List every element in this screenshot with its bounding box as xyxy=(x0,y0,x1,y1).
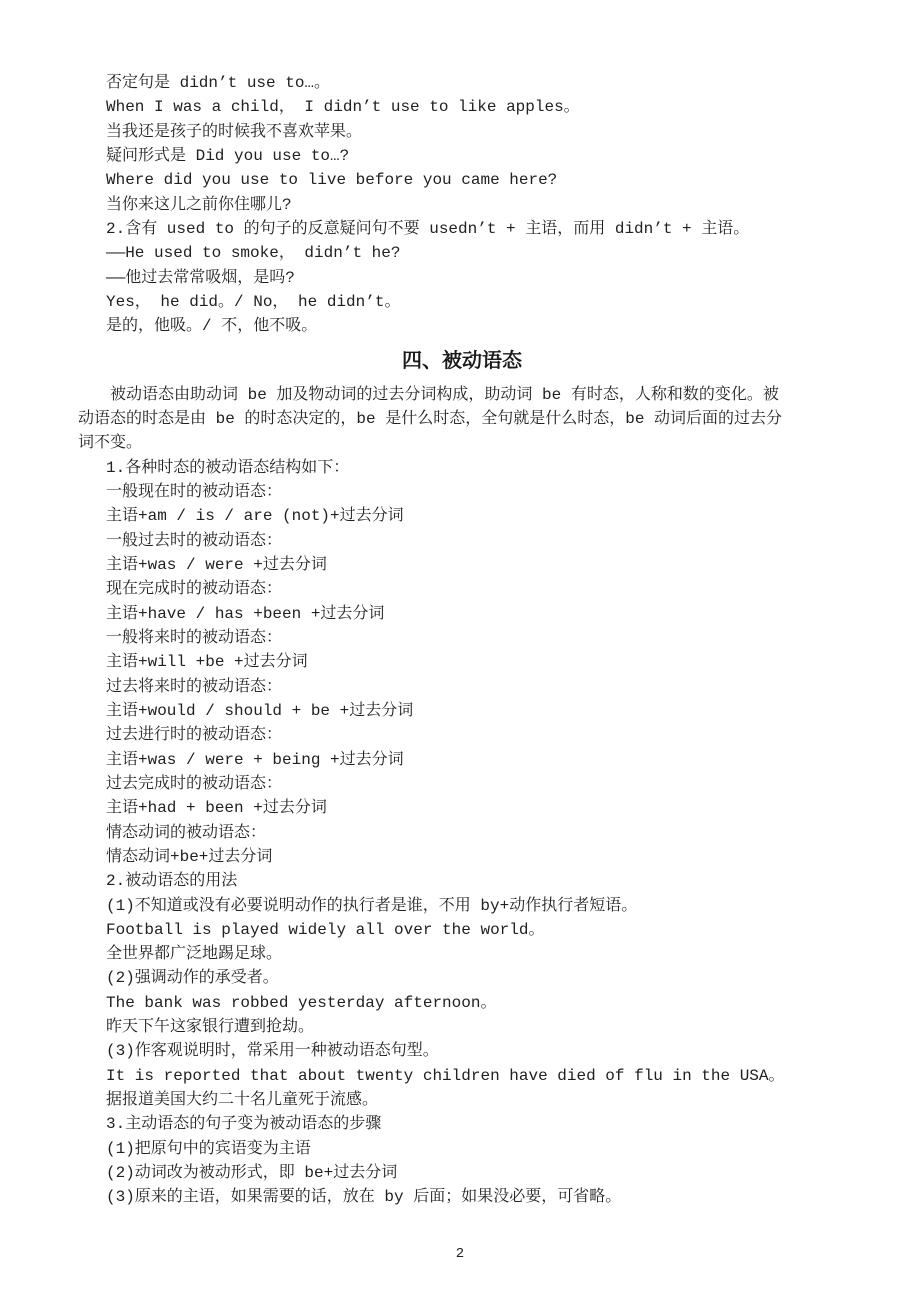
doc-line: 主语+would / should + be +过去分词 xyxy=(78,699,846,723)
doc-line: (2)动词改为被动形式，即 be+过去分词 xyxy=(78,1161,846,1185)
doc-line: Where did you use to live before you cam… xyxy=(78,168,846,192)
doc-line: 过去进行时的被动语态： xyxy=(78,723,846,747)
doc-line: 一般将来时的被动语态： xyxy=(78,626,846,650)
doc-line: 情态动词的被动语态： xyxy=(78,821,846,845)
doc-line: 疑问形式是 Did you use to…? xyxy=(78,144,846,168)
doc-line: (3)作客观说明时，常采用一种被动语态句型。 xyxy=(78,1039,846,1063)
doc-line: 主语+am / is / are (not)+过去分词 xyxy=(78,504,846,528)
doc-line: 过去将来时的被动语态： xyxy=(78,675,846,699)
doc-line: 主语+will +be +过去分词 xyxy=(78,650,846,674)
doc-line: (1)不知道或没有必要说明动作的执行者是谁，不用 by+动作执行者短语。 xyxy=(78,894,846,918)
doc-line: (2)强调动作的承受者。 xyxy=(78,966,846,990)
doc-line: ——He used to smoke， didn’t he? xyxy=(78,241,846,265)
doc-line: 全世界都广泛地踢足球。 xyxy=(78,942,846,966)
doc-line: It is reported that about twenty childre… xyxy=(78,1064,846,1088)
doc-line: (1)把原句中的宾语变为主语 xyxy=(78,1137,846,1161)
section-heading-passive-voice: 四、被动语态 xyxy=(78,349,846,376)
doc-line: 词不变。 xyxy=(78,431,846,455)
doc-line: 1.各种时态的被动语态结构如下： xyxy=(78,456,846,480)
doc-line: 一般过去时的被动语态： xyxy=(78,529,846,553)
doc-line: 情态动词+be+过去分词 xyxy=(78,845,846,869)
doc-line: Yes， he did。/ No， he didn’t。 xyxy=(78,290,846,314)
doc-line: When I was a child， I didn’t use to like… xyxy=(78,95,846,119)
doc-line: 3.主动语态的句子变为被动语态的步骤 xyxy=(78,1112,846,1136)
doc-line: 否定句是 didn’t use to…。 xyxy=(78,71,846,95)
doc-line: 主语+was / were + being +过去分词 xyxy=(78,748,846,772)
doc-line: 现在完成时的被动语态： xyxy=(78,577,846,601)
doc-line: 动语态的时态是由 be 的时态决定的，be 是什么时态，全句就是什么时态，be … xyxy=(78,407,846,431)
doc-line: (3)原来的主语，如果需要的话，放在 by 后面；如果没必要，可省略。 xyxy=(78,1185,846,1209)
doc-line: The bank was robbed yesterday afternoon。 xyxy=(78,991,846,1015)
doc-line: 主语+was / were +过去分词 xyxy=(78,553,846,577)
document-page-content: 否定句是 didn’t use to…。 When I was a child，… xyxy=(78,71,846,1210)
doc-line: 当我还是孩子的时候我不喜欢苹果。 xyxy=(78,120,846,144)
doc-line: Football is played widely all over the w… xyxy=(78,918,846,942)
doc-line: 2.含有 used to 的句子的反意疑问句不要 usedn’t + 主语，而用… xyxy=(78,217,846,241)
doc-line: ——他过去常常吸烟，是吗? xyxy=(78,266,846,290)
doc-line: 2.被动语态的用法 xyxy=(78,869,846,893)
doc-line: 当你来这儿之前你住哪儿? xyxy=(78,193,846,217)
doc-line: 昨天下午这家银行遭到抢劫。 xyxy=(78,1015,846,1039)
doc-line: 被动语态由助动词 be 加及物动词的过去分词构成，助动词 be 有时态，人称和数… xyxy=(78,383,846,407)
doc-line: 据报道美国大约二十名儿童死于流感。 xyxy=(78,1088,846,1112)
doc-line: 过去完成时的被动语态： xyxy=(78,772,846,796)
doc-line: 是的，他吸。/ 不，他不吸。 xyxy=(78,314,846,338)
doc-line: 一般现在时的被动语态： xyxy=(78,480,846,504)
doc-line: 主语+had + been +过去分词 xyxy=(78,796,846,820)
doc-line: 主语+have / has +been +过去分词 xyxy=(78,602,846,626)
page-number: 2 xyxy=(0,1244,920,1264)
